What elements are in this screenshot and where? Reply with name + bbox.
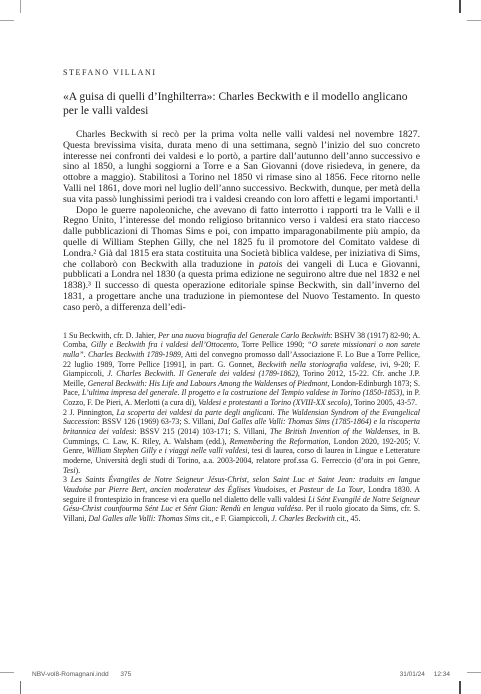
book-page-scan: STEFANO VILLANI «A guisa di quelli d’Ing… (0, 0, 481, 694)
text-segment: 2 J. Pinnington, (63, 408, 117, 417)
crop-mark-bottom-right-vertical (459, 681, 461, 694)
footnote-item: 1 Su Beckwith, cfr. D. Jahier, Per una n… (63, 331, 420, 408)
crop-mark-bottom-right-horizontal (467, 672, 481, 673)
italic-text-segment: L’ultima impresa del generale. Il proget… (82, 388, 402, 397)
footnotes-section: 1 Su Beckwith, cfr. D. Jahier, Per una n… (63, 331, 420, 524)
text-block: STEFANO VILLANI «A guisa di quelli d’Ing… (63, 68, 420, 524)
footer-time: 12:34 (434, 671, 450, 678)
italic-text-segment: Dal Galles alle Valli: Thomas Sims (88, 514, 199, 523)
crop-mark-top-left-horizontal (0, 20, 14, 21)
italic-text-segment: Per una nuova biografia del Generale Car… (158, 331, 330, 340)
footer-filename: NBV-vol8-Romagnani.indd (32, 671, 109, 678)
text-segment: : BSSV 126 (1969) 63-73; S. Villani, (98, 417, 218, 426)
italic-text-segment: William Stephen Gilly e i viaggi nelle v… (87, 446, 248, 455)
italic-text-segment: J. Charles Beckwith (271, 514, 334, 523)
crop-mark-top-right-vertical (459, 0, 461, 13)
text-segment: : BSSV 215 (2014) 103-171; S. Villani, (134, 427, 270, 436)
crop-mark-top-left-vertical (20, 0, 21, 13)
text-segment: , Torino 2005, 43-57. (350, 398, 417, 407)
crop-mark-top-right-horizontal (467, 20, 481, 21)
italic-text-segment: Remembering the Reformation (230, 437, 329, 446)
author-name: STEFANO VILLANI (63, 68, 420, 77)
text-segment: , Torre Pellice 1990; (237, 340, 308, 349)
text-segment: cit., e F. Giampiccoli, (200, 514, 272, 523)
print-slug-footer: NBV-vol8-Romagnani.indd 375 31/01/24 12:… (32, 671, 450, 678)
article-title: «A guisa di quelli d’Inghilterra»: Charl… (63, 90, 420, 117)
italic-text-segment: Beckwith nella storiografia valdese (258, 360, 375, 369)
footer-right-group: 31/01/24 12:34 (400, 671, 450, 678)
footer-page-number: 375 (120, 671, 131, 678)
italic-text-segment: Gilly e Beckwith fra i valdesi dell’Otto… (91, 340, 237, 349)
text-segment: Charles Beckwith si recò per la prima vo… (63, 129, 420, 205)
body-paragraph: Charles Beckwith si recò per la prima vo… (63, 130, 420, 206)
italic-text-segment: Valdesi e protestanti a Torino (XVIII-XX… (198, 398, 350, 407)
footer-left-group: NBV-vol8-Romagnani.indd 375 (32, 671, 131, 678)
italic-text-segment: General Beckwith: His Life and Labours A… (88, 379, 328, 388)
crop-mark-bottom-left-horizontal (0, 672, 14, 673)
italic-text-segment: J. Charles Beckwith. Il Generale dei val… (107, 369, 298, 378)
footer-date: 31/01/24 (400, 671, 425, 678)
text-segment: cit., 45. (335, 514, 361, 523)
italic-text-segment: patois (259, 259, 283, 270)
text-segment: 3 (63, 475, 71, 484)
text-segment: 1 Su Beckwith, cfr. D. Jahier, (63, 331, 158, 340)
crop-mark-bottom-left-vertical (20, 681, 21, 694)
text-segment: ). (75, 466, 80, 475)
italic-text-segment: The British Invention of the Waldenses (270, 427, 398, 436)
footnote-item: 3 Les Saints Évangiles de Notre Seigneur… (63, 475, 420, 523)
body-paragraph: Dopo le guerre napoleoniche, che avevano… (63, 206, 420, 314)
body-paragraphs: Charles Beckwith si recò per la prima vo… (63, 130, 420, 314)
italic-text-segment: Tesi (63, 466, 75, 475)
footnote-item: 2 J. Pinnington, La scoperta dei valdesi… (63, 408, 420, 476)
